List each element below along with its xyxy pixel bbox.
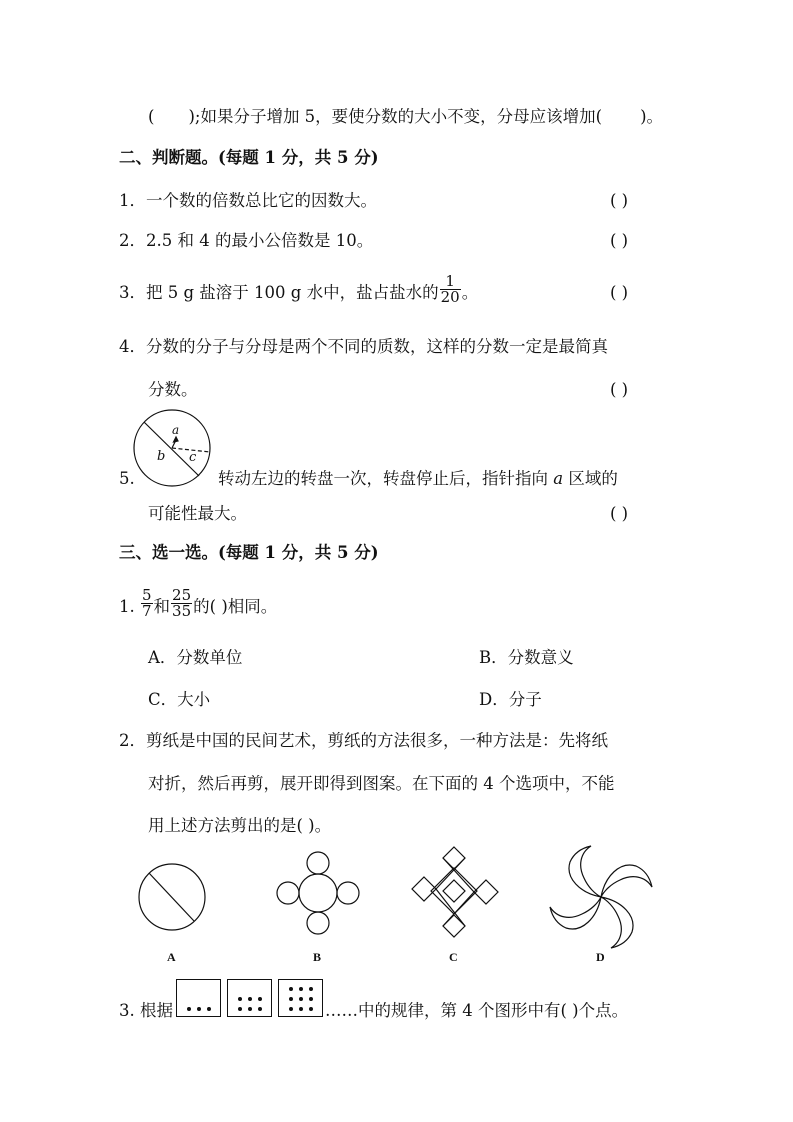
dot xyxy=(238,997,242,1001)
figure-c-diamonds xyxy=(412,847,498,937)
item-number: 2． xyxy=(119,731,146,750)
item-text: 分数的分子与分母是两个不同的质数，这样的分数一定是最简真 xyxy=(146,337,608,356)
section-title-judgement: 二、判断题。(每题 1 分，共 5 分) xyxy=(119,147,379,169)
answer-blank[interactable]: ( ) xyxy=(610,282,628,304)
section-title-choice: 三、选一选。(每题 1 分，共 5 分) xyxy=(119,542,379,564)
dot xyxy=(248,997,252,1001)
dot-figure-3 xyxy=(278,979,323,1017)
fraction: 57 xyxy=(141,588,153,619)
choice-question-2: 2．剪纸是中国的民间艺术，剪纸的方法很多，一种方法是：先将纸 xyxy=(119,730,608,752)
item-number: 3． xyxy=(119,283,146,302)
item-text: 把 5 g 盐溶于 100 g 水中，盐占盐水的 xyxy=(146,283,439,302)
dot xyxy=(258,997,262,1001)
figure-a-circle-with-chord xyxy=(139,864,205,930)
dot xyxy=(258,1007,262,1011)
answer-blank[interactable]: ( ) xyxy=(610,379,628,401)
judgement-item-5-line2: 可能性最大。 xyxy=(148,503,247,525)
dot xyxy=(197,1007,201,1011)
option-c[interactable]: C．大小 xyxy=(148,689,210,711)
answer-blank[interactable]: ( ) xyxy=(610,230,628,252)
judgement-item-3: 3．把 5 g 盐溶于 100 g 水中，盐占盐水的120。 xyxy=(119,282,478,305)
dot xyxy=(289,997,293,1001)
judgement-item-2: 2．2.5 和 4 的最小公倍数是 10。 xyxy=(119,230,373,252)
item-text: 2.5 和 4 的最小公倍数是 10。 xyxy=(146,231,373,250)
judgement-item-4-line2: 分数。 xyxy=(148,379,198,401)
figure-label-c: C xyxy=(449,950,458,965)
fraction: 120 xyxy=(440,274,461,305)
item-number: 4． xyxy=(119,337,146,356)
choice-question-1: 1. 57和2535的( )相同。 xyxy=(119,596,277,619)
dot xyxy=(309,997,313,1001)
judgement-item-5-text: 转动左边的转盘一次，转盘停止后，指针指向 a 区域的 xyxy=(218,468,618,490)
figure-d-pinwheel xyxy=(550,846,652,948)
option-b[interactable]: B．分数意义 xyxy=(479,647,574,669)
dot xyxy=(309,987,313,991)
dot xyxy=(238,1007,242,1011)
figure-b-five-circles xyxy=(277,852,359,934)
question-text: 如果分子增加 5，要使分数的大小不变，分母应该增加( xyxy=(200,107,602,126)
dot xyxy=(207,1007,211,1011)
item-number: 1. xyxy=(119,597,135,616)
judgement-item-4: 4．分数的分子与分母是两个不同的质数，这样的分数一定是最简真 xyxy=(119,336,608,358)
fill-in-continuation: ();如果分子增加 5，要使分数的大小不变，分母应该增加()。 xyxy=(148,106,663,128)
dot xyxy=(299,997,303,1001)
judgement-item-1: 1．一个数的倍数总比它的因数大。 xyxy=(119,190,377,212)
answer-blank[interactable]: ( ) xyxy=(610,503,628,525)
judgement-item-5: 5. xyxy=(119,468,135,490)
dot-figure-1 xyxy=(176,979,221,1017)
choice-question-2-line2: 对折，然后再剪，展开即得到图案。在下面的 4 个选项中，不能 xyxy=(148,773,615,795)
dot xyxy=(289,987,293,991)
dot xyxy=(187,1007,191,1011)
item-number: 5. xyxy=(119,469,135,488)
item-text: 一个数的倍数总比它的因数大。 xyxy=(146,191,377,210)
choice-question-3-text: ……中的规律，第 4 个图形中有( )个点。 xyxy=(325,1000,628,1022)
dot xyxy=(299,1007,303,1011)
dot xyxy=(248,1007,252,1011)
fraction: 2535 xyxy=(171,588,192,619)
spinner-label-c: c xyxy=(189,451,196,464)
answer-blank[interactable]: ( ) xyxy=(610,190,628,212)
choice-question-2-line3: 用上述方法剪出的是( )。 xyxy=(148,815,331,837)
choice-question-3-prefix: 3. 根据 xyxy=(119,1000,173,1022)
figure-label-d: D xyxy=(596,950,605,965)
dot xyxy=(309,1007,313,1011)
answer-blank-open[interactable]: ( xyxy=(148,107,154,126)
spinner-label-b: b xyxy=(157,450,165,463)
dot xyxy=(299,987,303,991)
item-number: 1． xyxy=(119,191,146,210)
figure-label-a: A xyxy=(167,950,176,965)
option-d[interactable]: D．分子 xyxy=(479,689,542,711)
spinner-label-a: a xyxy=(172,424,179,436)
item-number: 2． xyxy=(119,231,146,250)
option-a[interactable]: A．分数单位 xyxy=(148,647,242,669)
figure-label-b: B xyxy=(313,950,321,965)
dot-figure-2 xyxy=(227,979,272,1017)
dot xyxy=(289,1007,293,1011)
